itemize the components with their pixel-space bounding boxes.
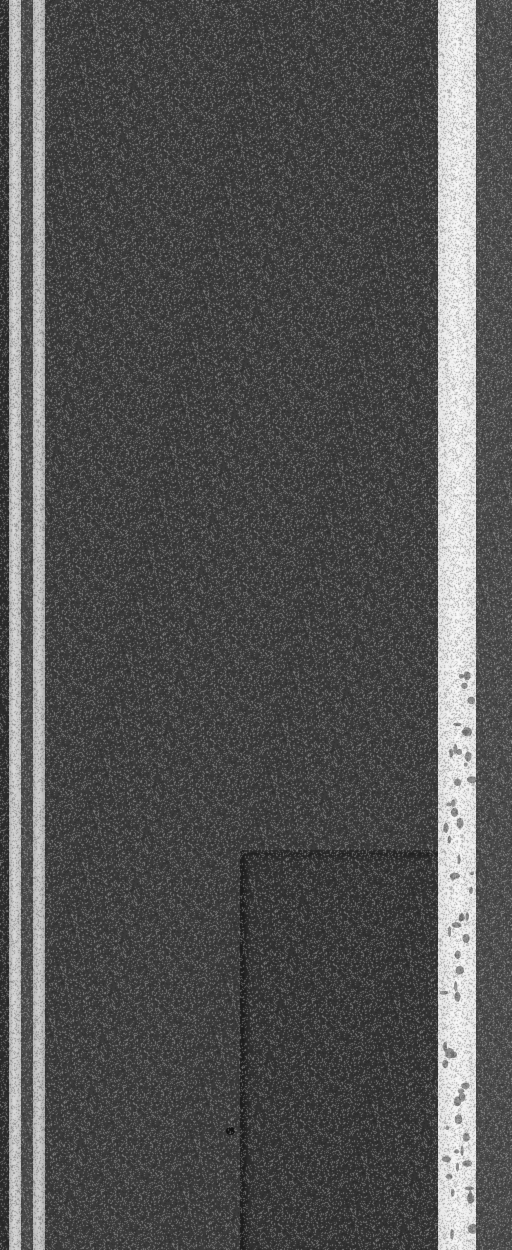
road-scene xyxy=(0,0,512,1250)
asphalt-texture xyxy=(0,0,512,1250)
